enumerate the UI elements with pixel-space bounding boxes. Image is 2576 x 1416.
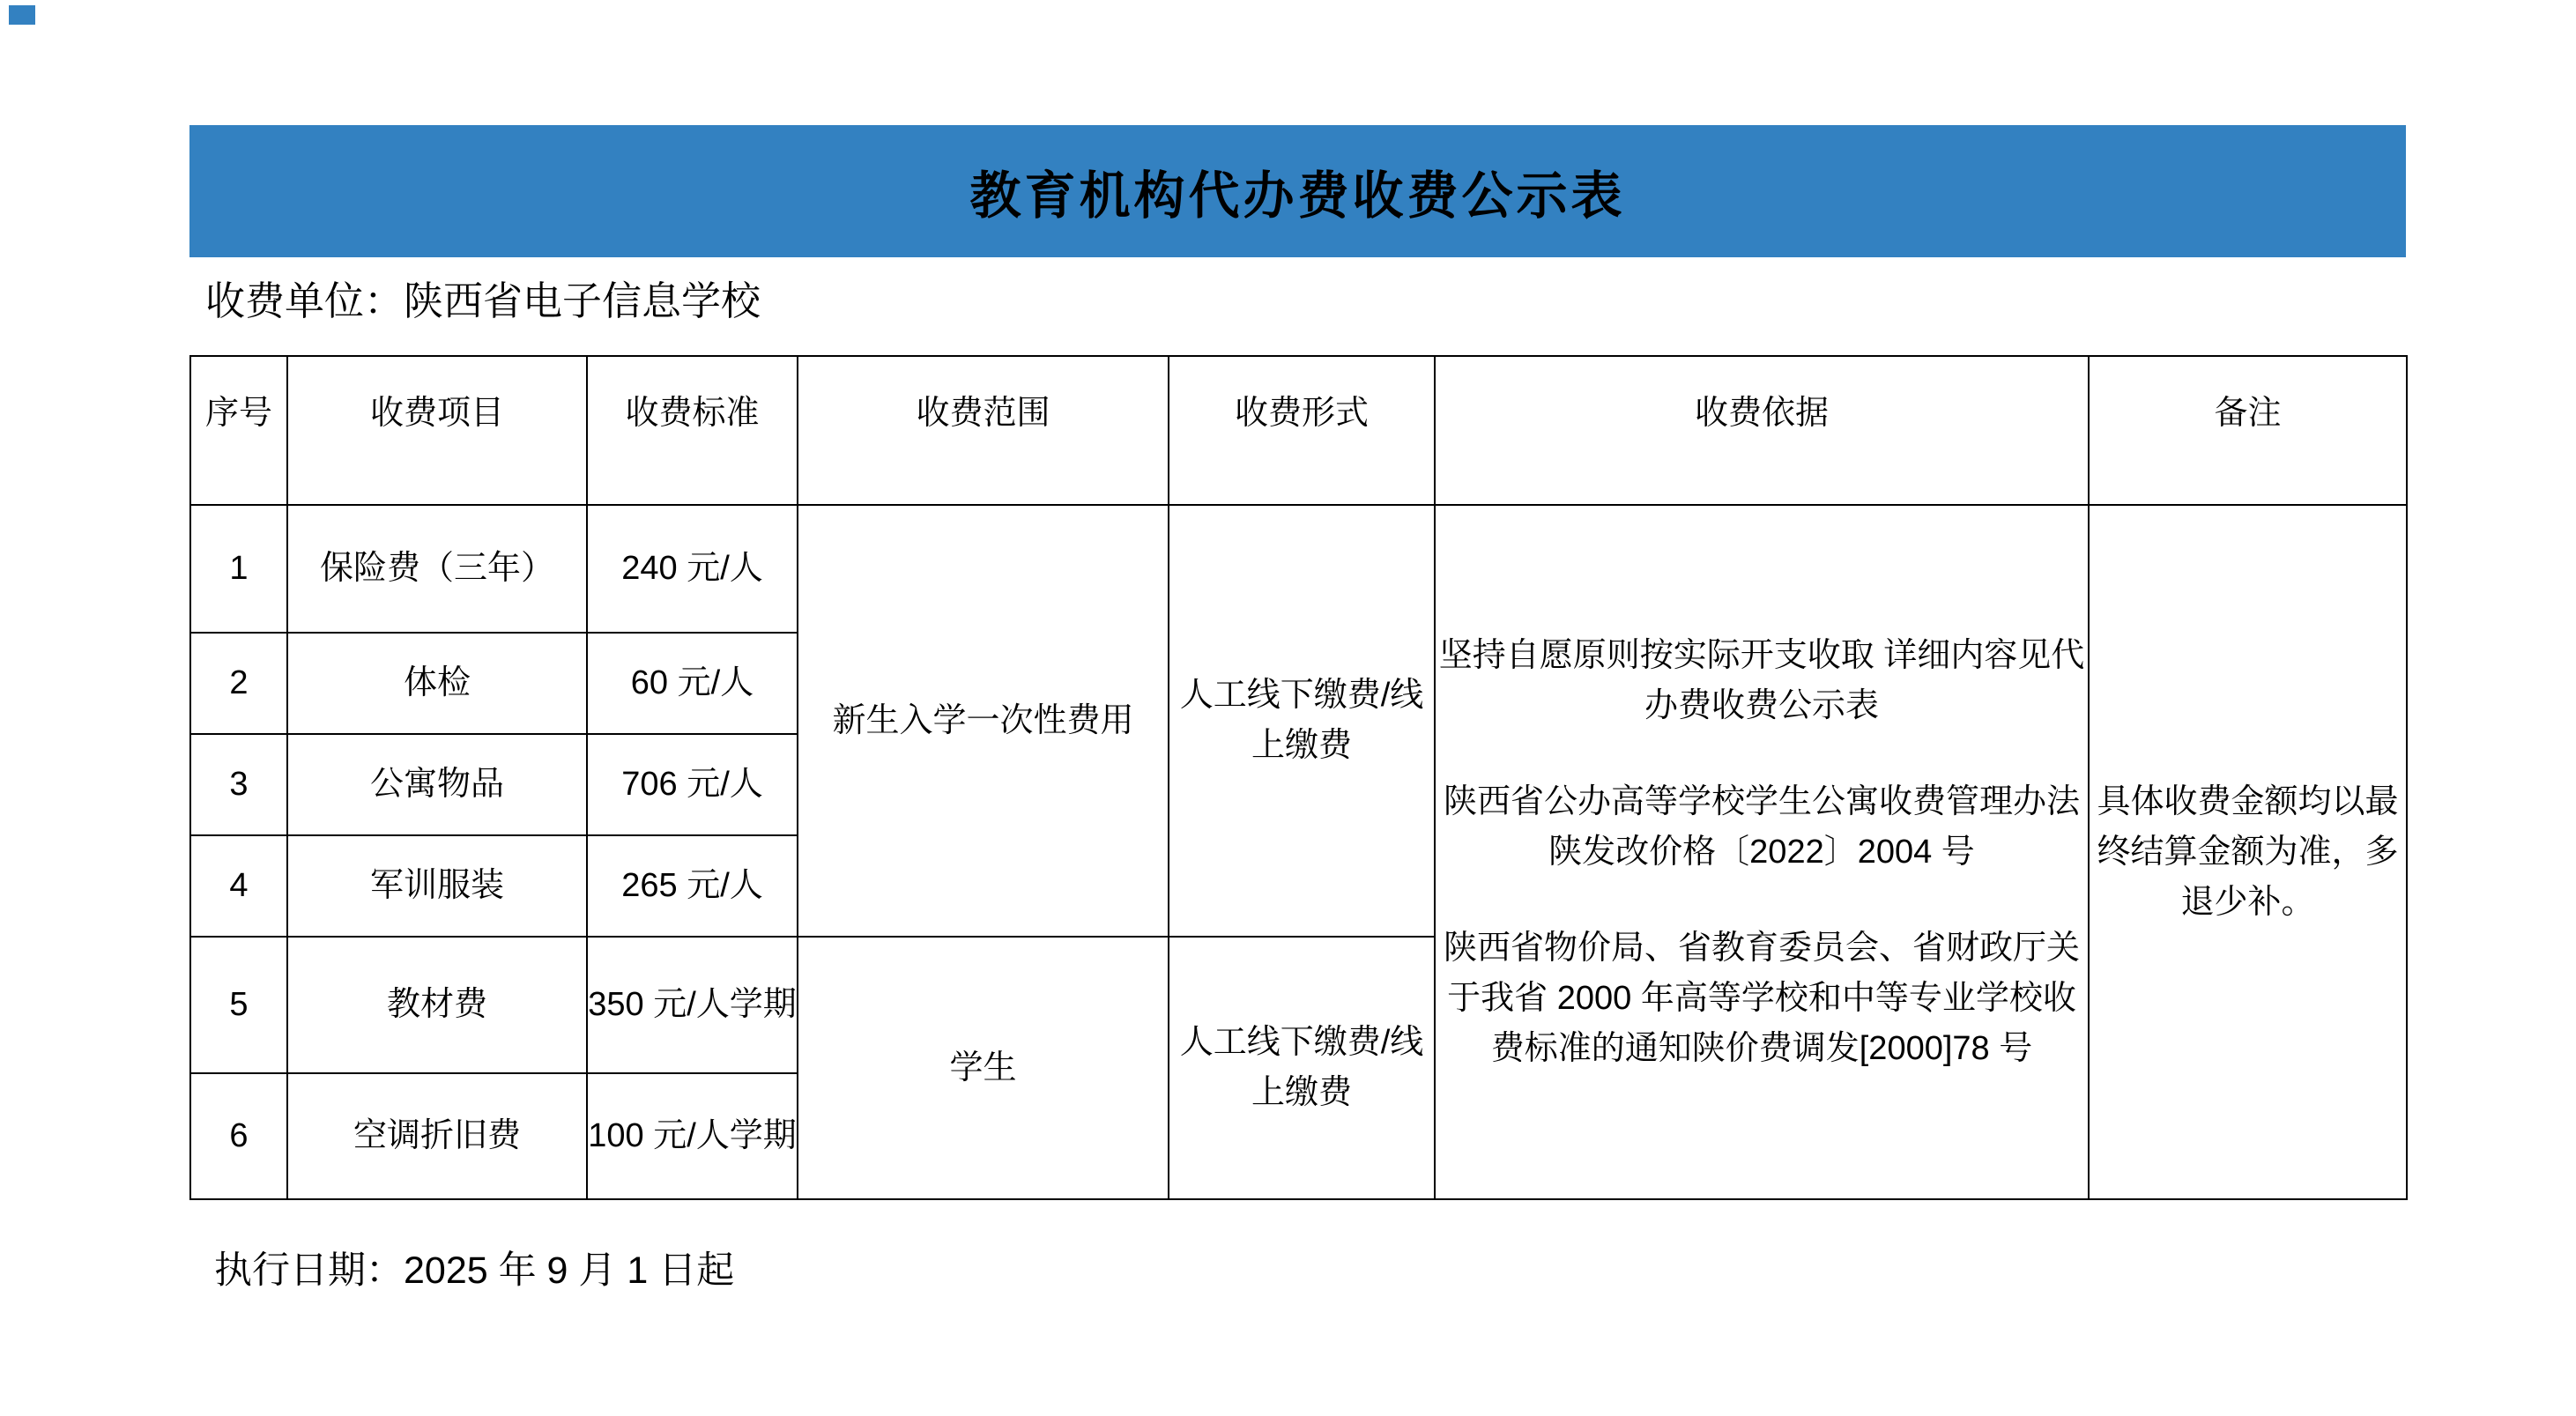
fee-table: 序号 收费项目 收费标准 收费范围 收费形式 收费依据 备注 1 保险费（三年）… bbox=[189, 355, 2408, 1200]
row-no: 1 bbox=[190, 505, 287, 633]
row-item: 体检 bbox=[287, 633, 587, 734]
row-no: 6 bbox=[190, 1073, 287, 1199]
row-standard: 265 元/人 bbox=[587, 835, 798, 937]
row-no: 4 bbox=[190, 835, 287, 937]
basis-paragraph: 陕西省物价局、省教育委员会、省财政厅关于我省 2000 年高等学校和中等专业学校… bbox=[1436, 923, 2088, 1074]
page: 教育机构代办费收费公示表 收费单位：陕西省电子信息学校 序号 收费项目 收费标准… bbox=[0, 0, 2576, 1416]
header-scope: 收费范围 bbox=[798, 356, 1169, 505]
row-no: 2 bbox=[190, 633, 287, 734]
row-item: 空调折旧费 bbox=[287, 1073, 587, 1199]
method-group-freshman: 人工线下缴费/线上缴费 bbox=[1169, 505, 1435, 937]
header-remark: 备注 bbox=[2089, 356, 2407, 505]
scope-group-freshman: 新生入学一次性费用 bbox=[798, 505, 1169, 937]
basis-paragraph: 陕西省公办高等学校学生公寓收费管理办法陕发改价格〔2022〕2004 号 bbox=[1436, 777, 2088, 878]
row-item: 教材费 bbox=[287, 937, 587, 1073]
row-item: 保险费（三年） bbox=[287, 505, 587, 633]
row-no: 3 bbox=[190, 734, 287, 835]
row-standard: 60 元/人 bbox=[587, 633, 798, 734]
charging-unit-label: 收费单位：陕西省电子信息学校 bbox=[205, 269, 761, 326]
table-row: 1 保险费（三年） 240 元/人 新生入学一次性费用 人工线下缴费/线上缴费 … bbox=[190, 505, 2407, 633]
row-standard: 706 元/人 bbox=[587, 734, 798, 835]
page-title: 教育机构代办费收费公示表 bbox=[969, 154, 1625, 228]
header-item: 收费项目 bbox=[287, 356, 587, 505]
header-no: 序号 bbox=[190, 356, 287, 505]
row-item: 公寓物品 bbox=[287, 734, 587, 835]
row-item: 军训服装 bbox=[287, 835, 587, 937]
scope-group-students: 学生 bbox=[798, 937, 1169, 1199]
row-standard: 100 元/人学期 bbox=[587, 1073, 798, 1199]
header-standard: 收费标准 bbox=[587, 356, 798, 505]
row-standard: 350 元/人学期 bbox=[587, 937, 798, 1073]
remark-cell: 具体收费金额均以最终结算金额为准，多退少补。 bbox=[2089, 505, 2407, 1199]
basis-cell: 坚持自愿原则按实际开支收取 详细内容见代办费收费公示表 陕西省公办高等学校学生公… bbox=[1435, 505, 2089, 1199]
header-row: 序号 收费项目 收费标准 收费范围 收费形式 收费依据 备注 bbox=[190, 356, 2407, 505]
row-no: 5 bbox=[190, 937, 287, 1073]
header-basis: 收费依据 bbox=[1435, 356, 2089, 505]
method-group-students: 人工线下缴费/线上缴费 bbox=[1169, 937, 1435, 1199]
row-standard: 240 元/人 bbox=[587, 505, 798, 633]
execution-date: 执行日期：2025 年 9 月 1 日起 bbox=[214, 1241, 734, 1294]
header-method: 收费形式 bbox=[1169, 356, 1435, 505]
banner: 教育机构代办费收费公示表 bbox=[189, 125, 2406, 257]
basis-paragraph: 坚持自愿原则按实际开支收取 详细内容见代办费收费公示表 bbox=[1436, 631, 2088, 731]
top-left-artifact bbox=[9, 5, 35, 25]
